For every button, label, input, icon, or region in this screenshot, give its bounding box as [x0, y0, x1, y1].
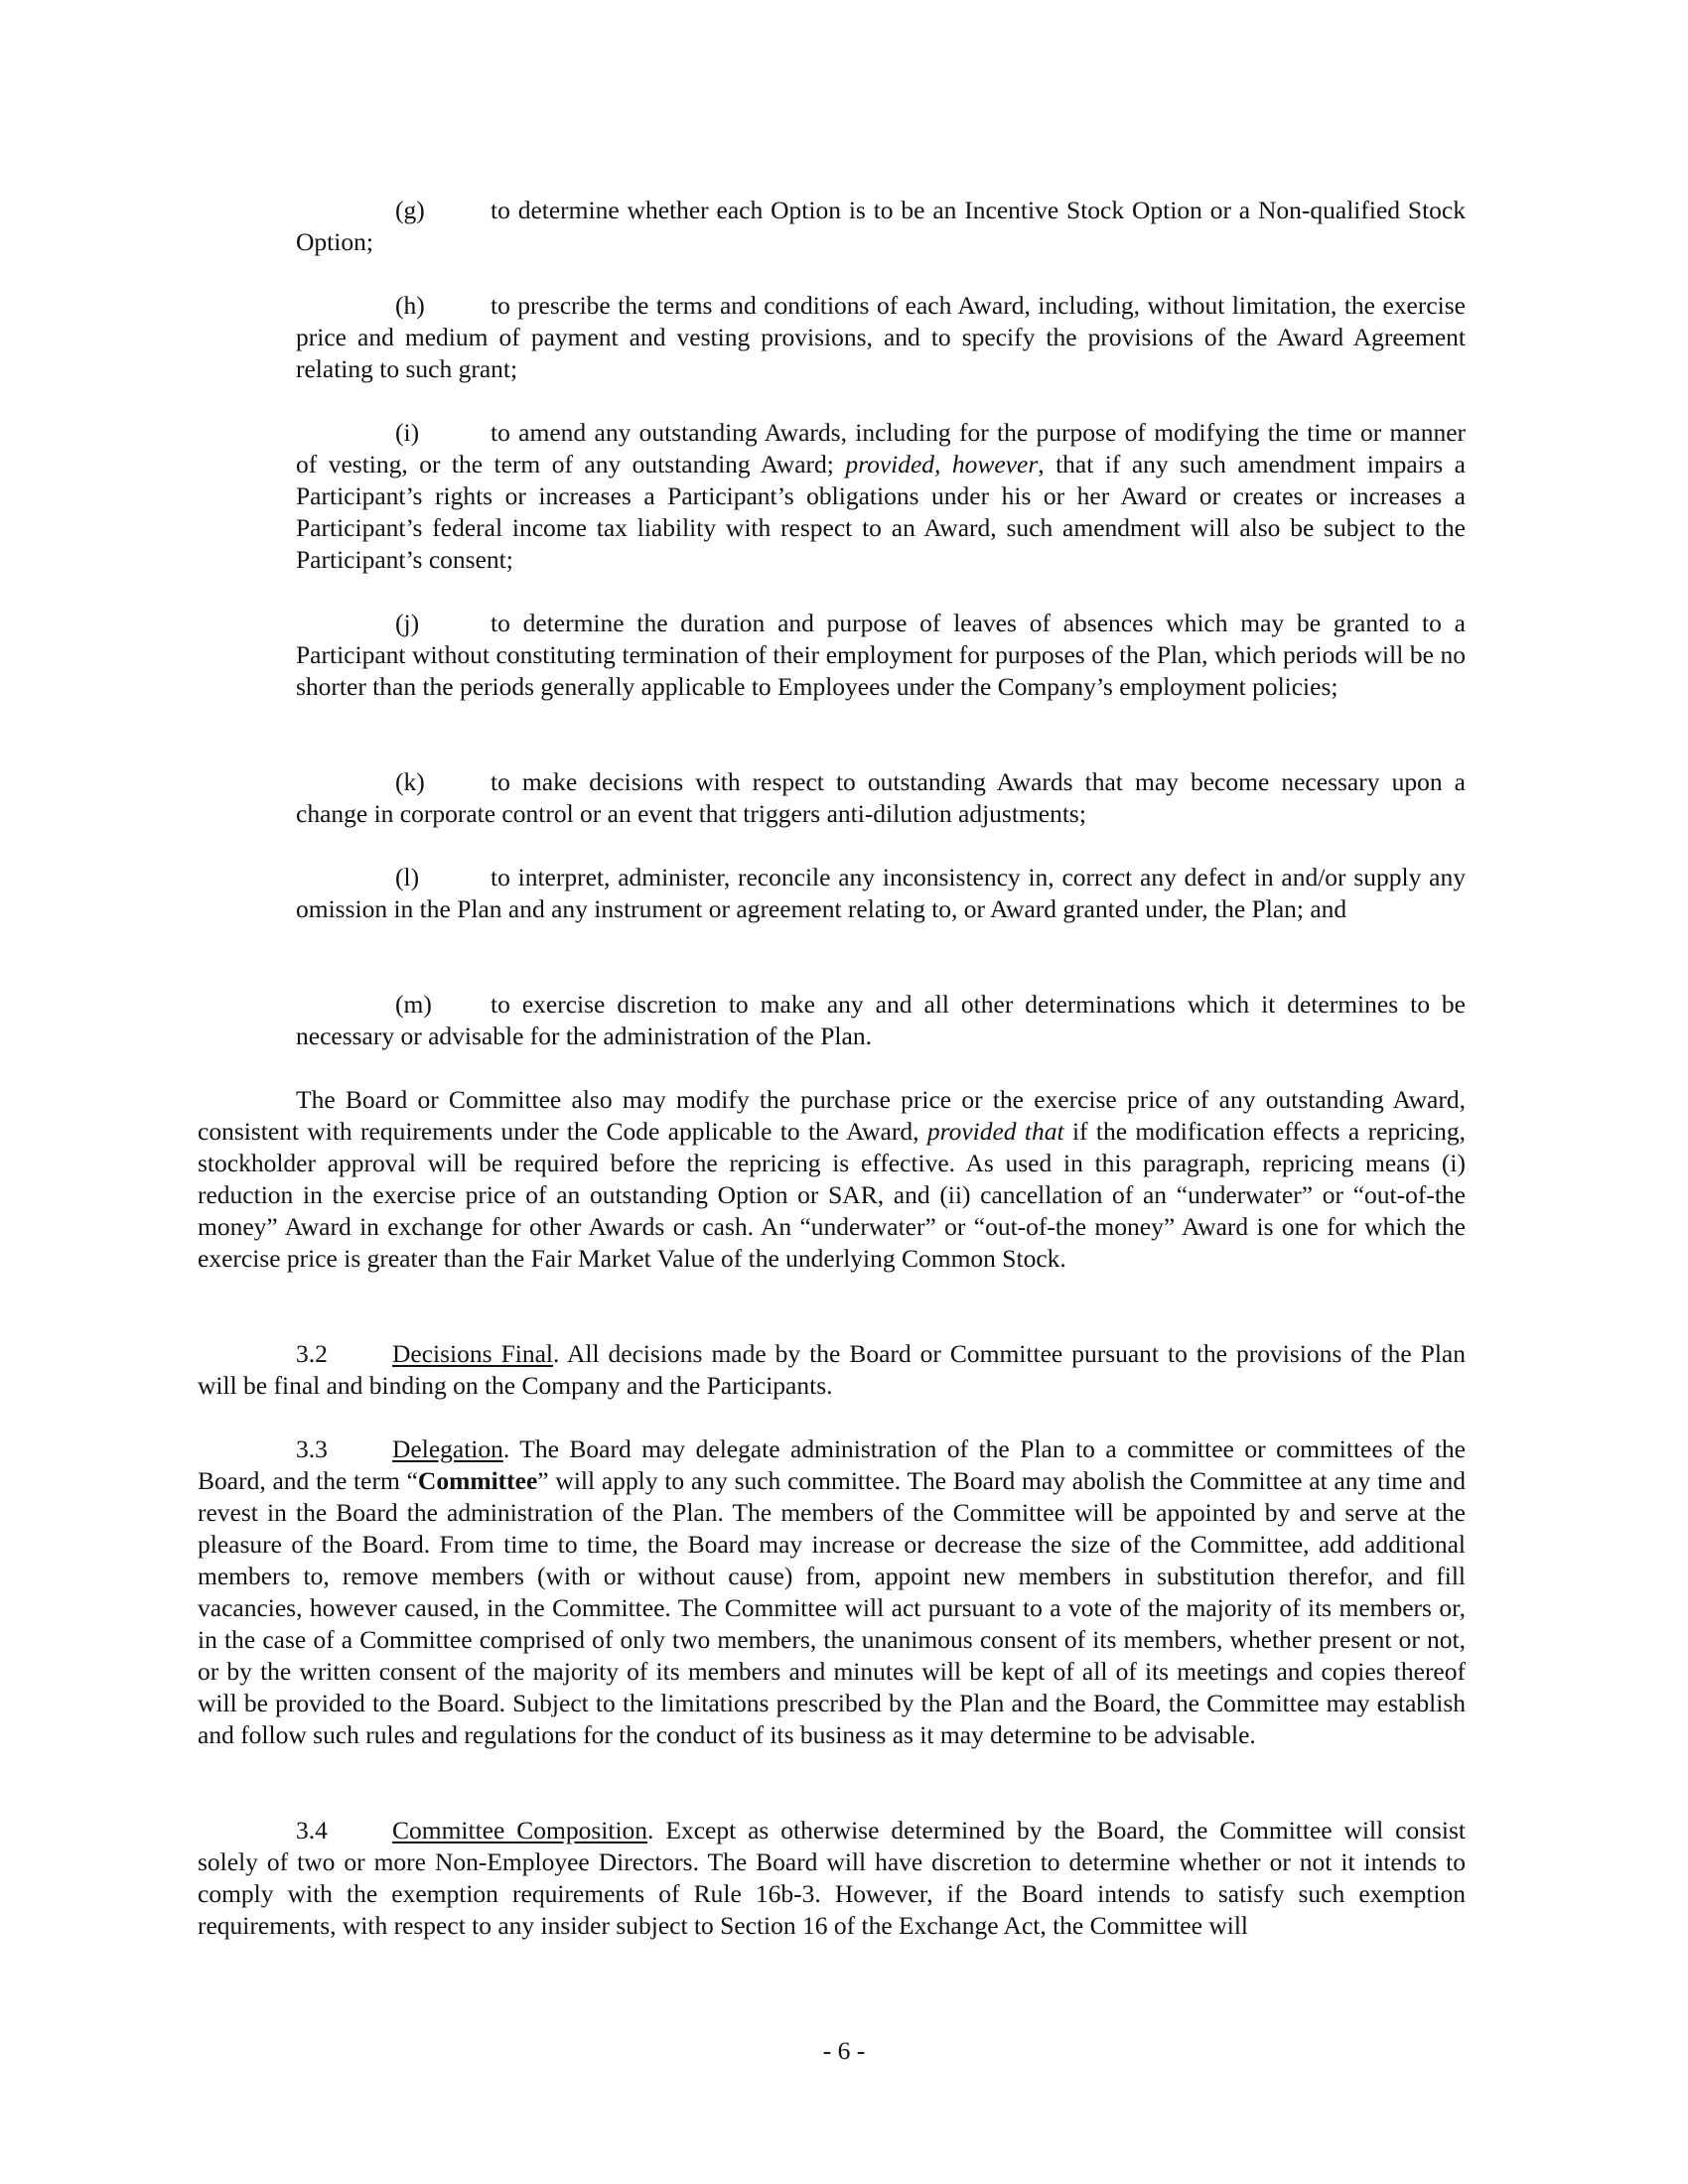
item-l: (l)to interpret, administer, reconcile a…	[296, 862, 1466, 925]
repricing-paragraph: The Board or Committee also may modify t…	[198, 1084, 1466, 1275]
item-k: (k)to make decisions with respect to out…	[296, 766, 1466, 830]
section-3-4: 3.4Committee Composition. Except as othe…	[198, 1815, 1466, 1942]
item-label: (g)	[296, 195, 491, 226]
defined-term: Committee	[418, 1466, 537, 1495]
item-italic-text: provided, however	[845, 450, 1038, 478]
section-3-2: 3.2Decisions Final. All decisions made b…	[198, 1338, 1466, 1402]
item-label: (j)	[296, 608, 491, 639]
item-m: (m)to exercise discretion to make any an…	[296, 989, 1466, 1052]
item-label: (h)	[296, 290, 491, 322]
section-text: ” will apply to any such committee. The …	[198, 1466, 1466, 1749]
section-heading: Decisions Final	[392, 1339, 553, 1368]
section-number: 3.2	[296, 1338, 392, 1370]
item-label: (l)	[296, 862, 491, 893]
item-label: (i)	[296, 417, 491, 449]
page-number: - 6 -	[0, 2035, 1688, 2067]
item-h: (h)to prescribe the terms and conditions…	[296, 290, 1466, 385]
item-j: (j)to determine the duration and purpose…	[296, 608, 1466, 703]
paragraph-italic-text: provided that	[927, 1117, 1064, 1146]
section-number: 3.4	[296, 1815, 392, 1846]
section-heading: Delegation	[392, 1434, 503, 1463]
item-label: (m)	[296, 989, 491, 1021]
section-number: 3.3	[296, 1433, 392, 1465]
section-3-3: 3.3Delegation. The Board may delegate ad…	[198, 1433, 1466, 1751]
item-i: (i)to amend any outstanding Awards, incl…	[296, 417, 1466, 576]
section-heading: Committee Composition	[392, 1816, 647, 1844]
document-page: (g)to determine whether each Option is t…	[0, 0, 1688, 2184]
item-g: (g)to determine whether each Option is t…	[296, 195, 1466, 258]
item-label: (k)	[296, 766, 491, 798]
